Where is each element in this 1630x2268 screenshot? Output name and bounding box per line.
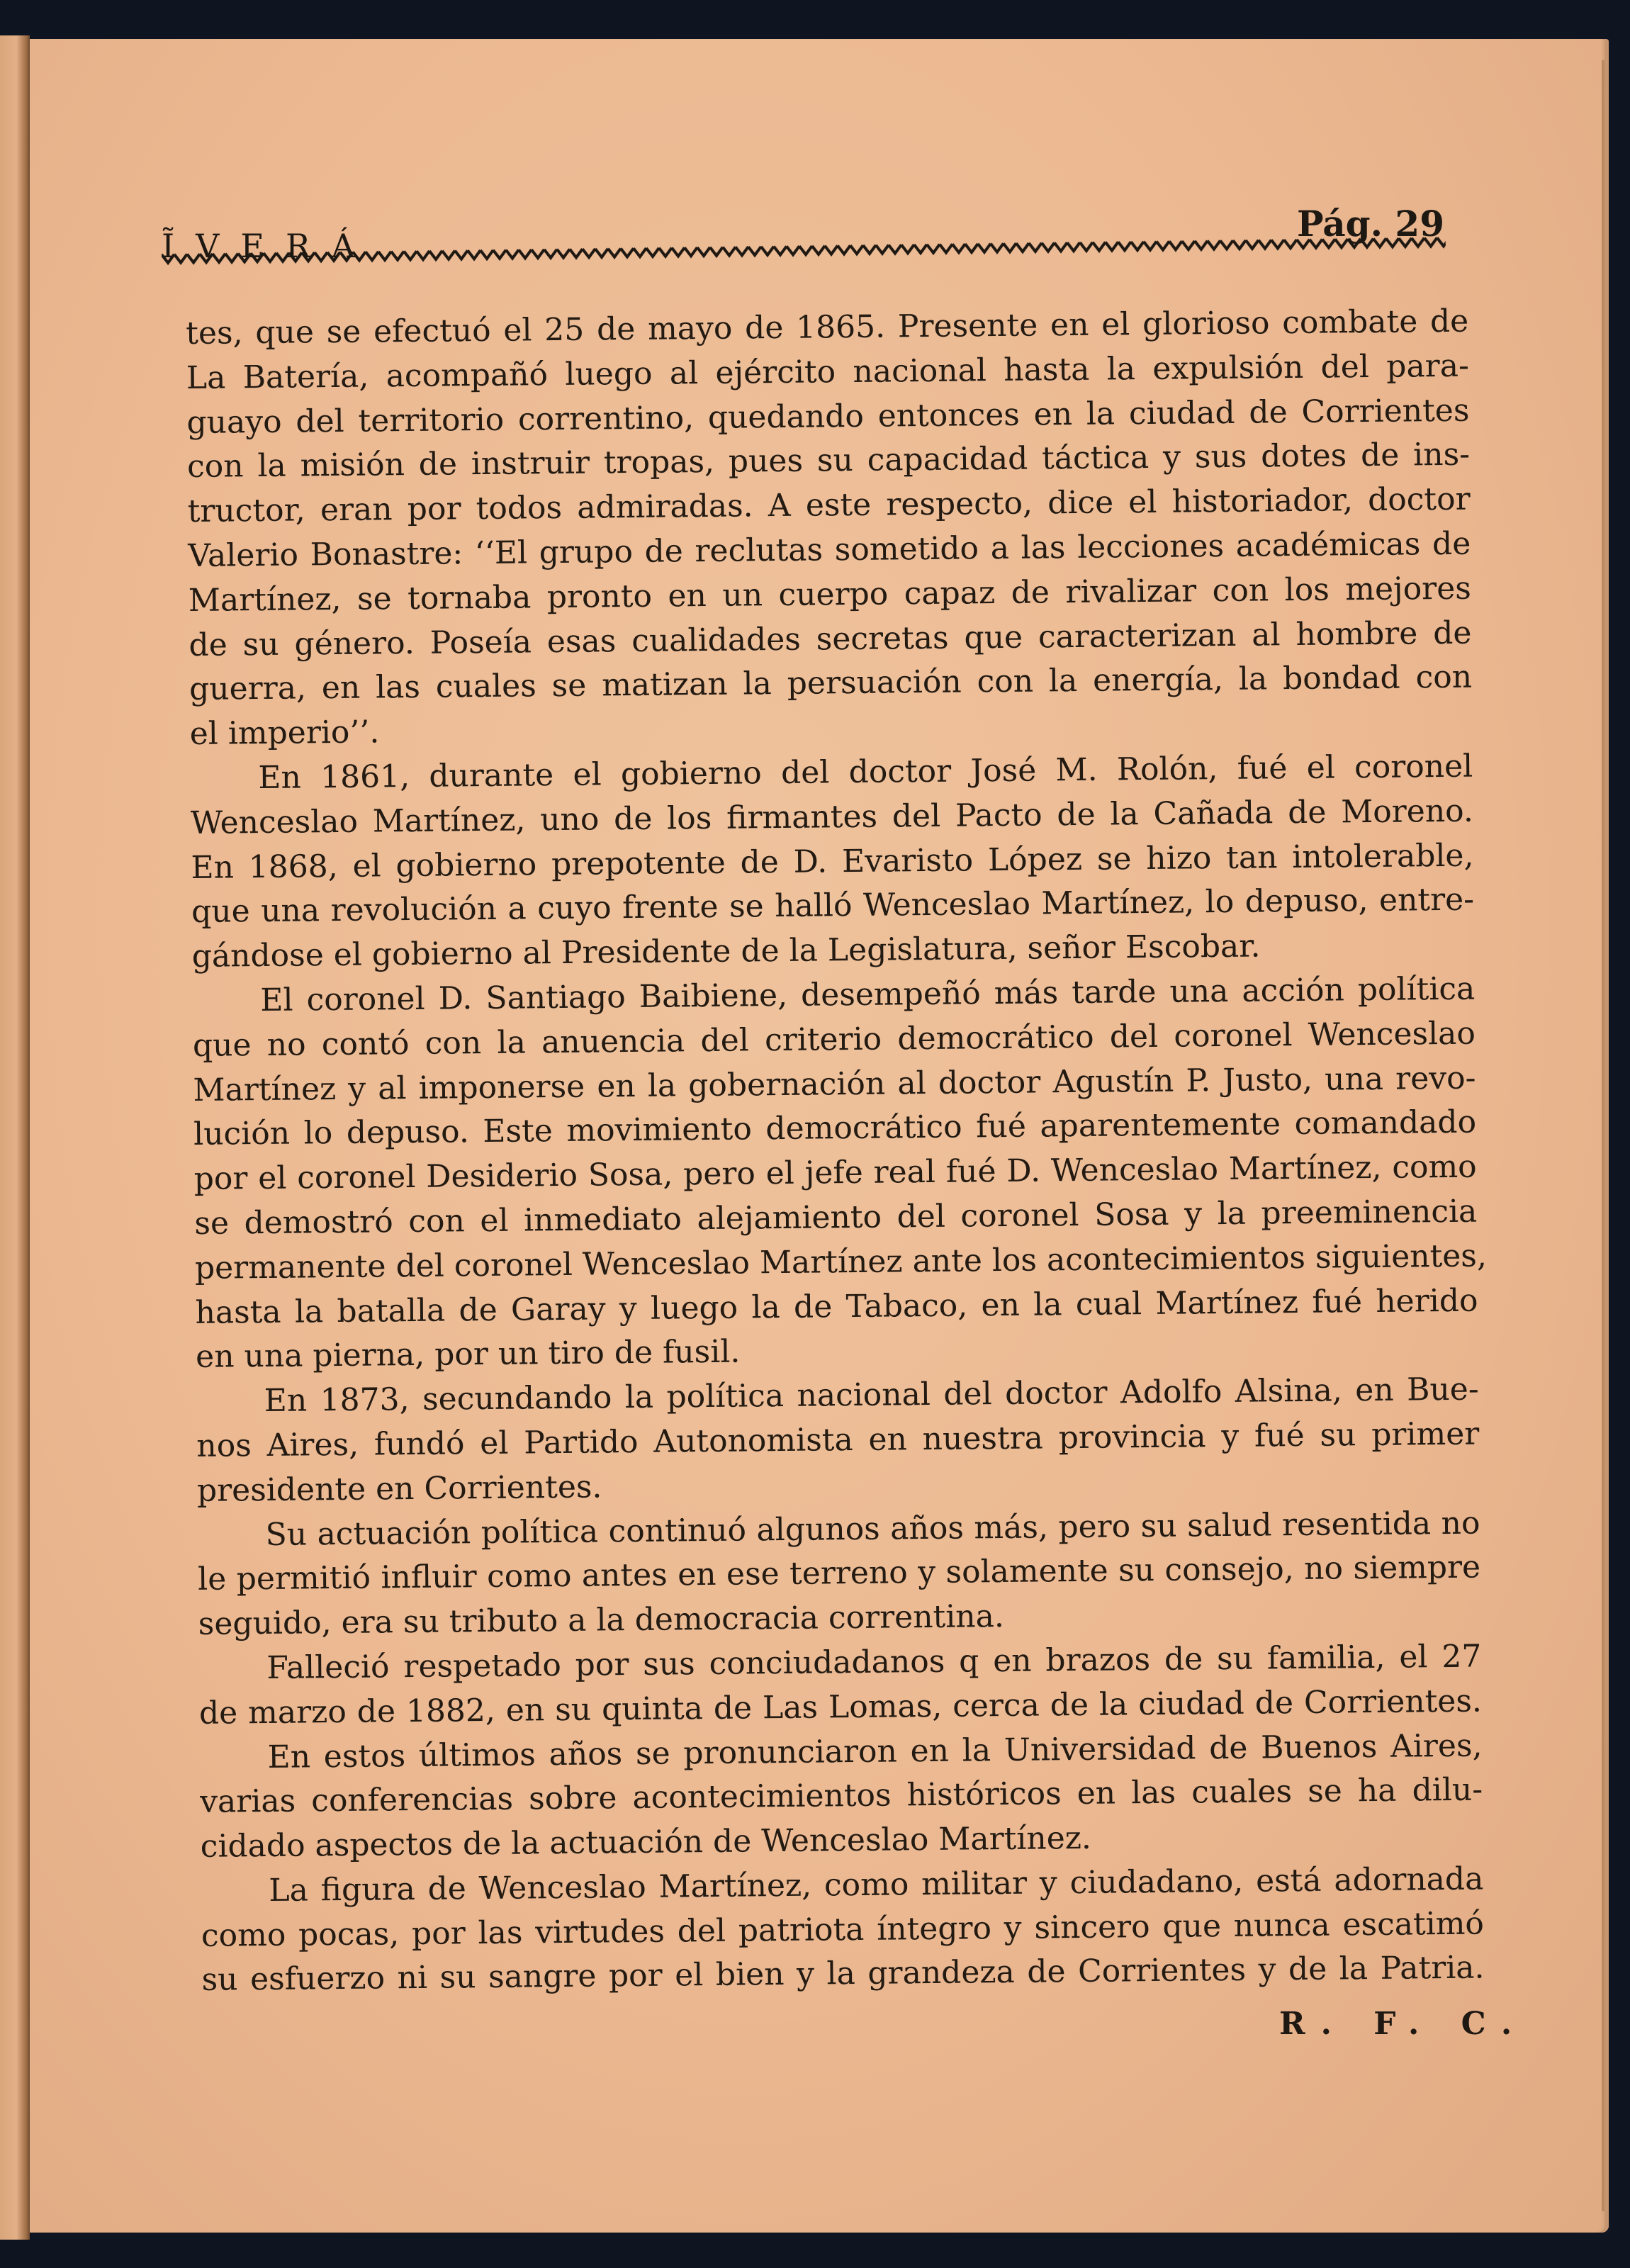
book-gutter [0, 35, 30, 2240]
paragraph: En estos últimos años se pronunciaron en… [199, 1724, 1483, 1870]
paragraph: En 1861, durante el gobierno del doctor … [190, 745, 1475, 979]
author-initials: R. F. C. [1279, 2006, 1527, 2042]
paragraph: En 1873, secundando la política nacional… [196, 1368, 1480, 1514]
page-edge [1602, 60, 1604, 2211]
paragraph: La figura de Wenceslao Martínez, como mi… [201, 1857, 1485, 2003]
paragraph: Su actuación política continuó algunos a… [197, 1501, 1481, 1647]
paragraph: Falleció respetado por sus conciudadanos… [198, 1634, 1482, 1736]
article-body: tes, que se efectuó el 25 de mayo de 186… [186, 300, 1485, 2004]
paragraph: El coronel D. Santiago Baibiene, desempe… [192, 967, 1478, 1381]
paragraph: tes, que se efectuó el 25 de mayo de 186… [186, 300, 1473, 757]
